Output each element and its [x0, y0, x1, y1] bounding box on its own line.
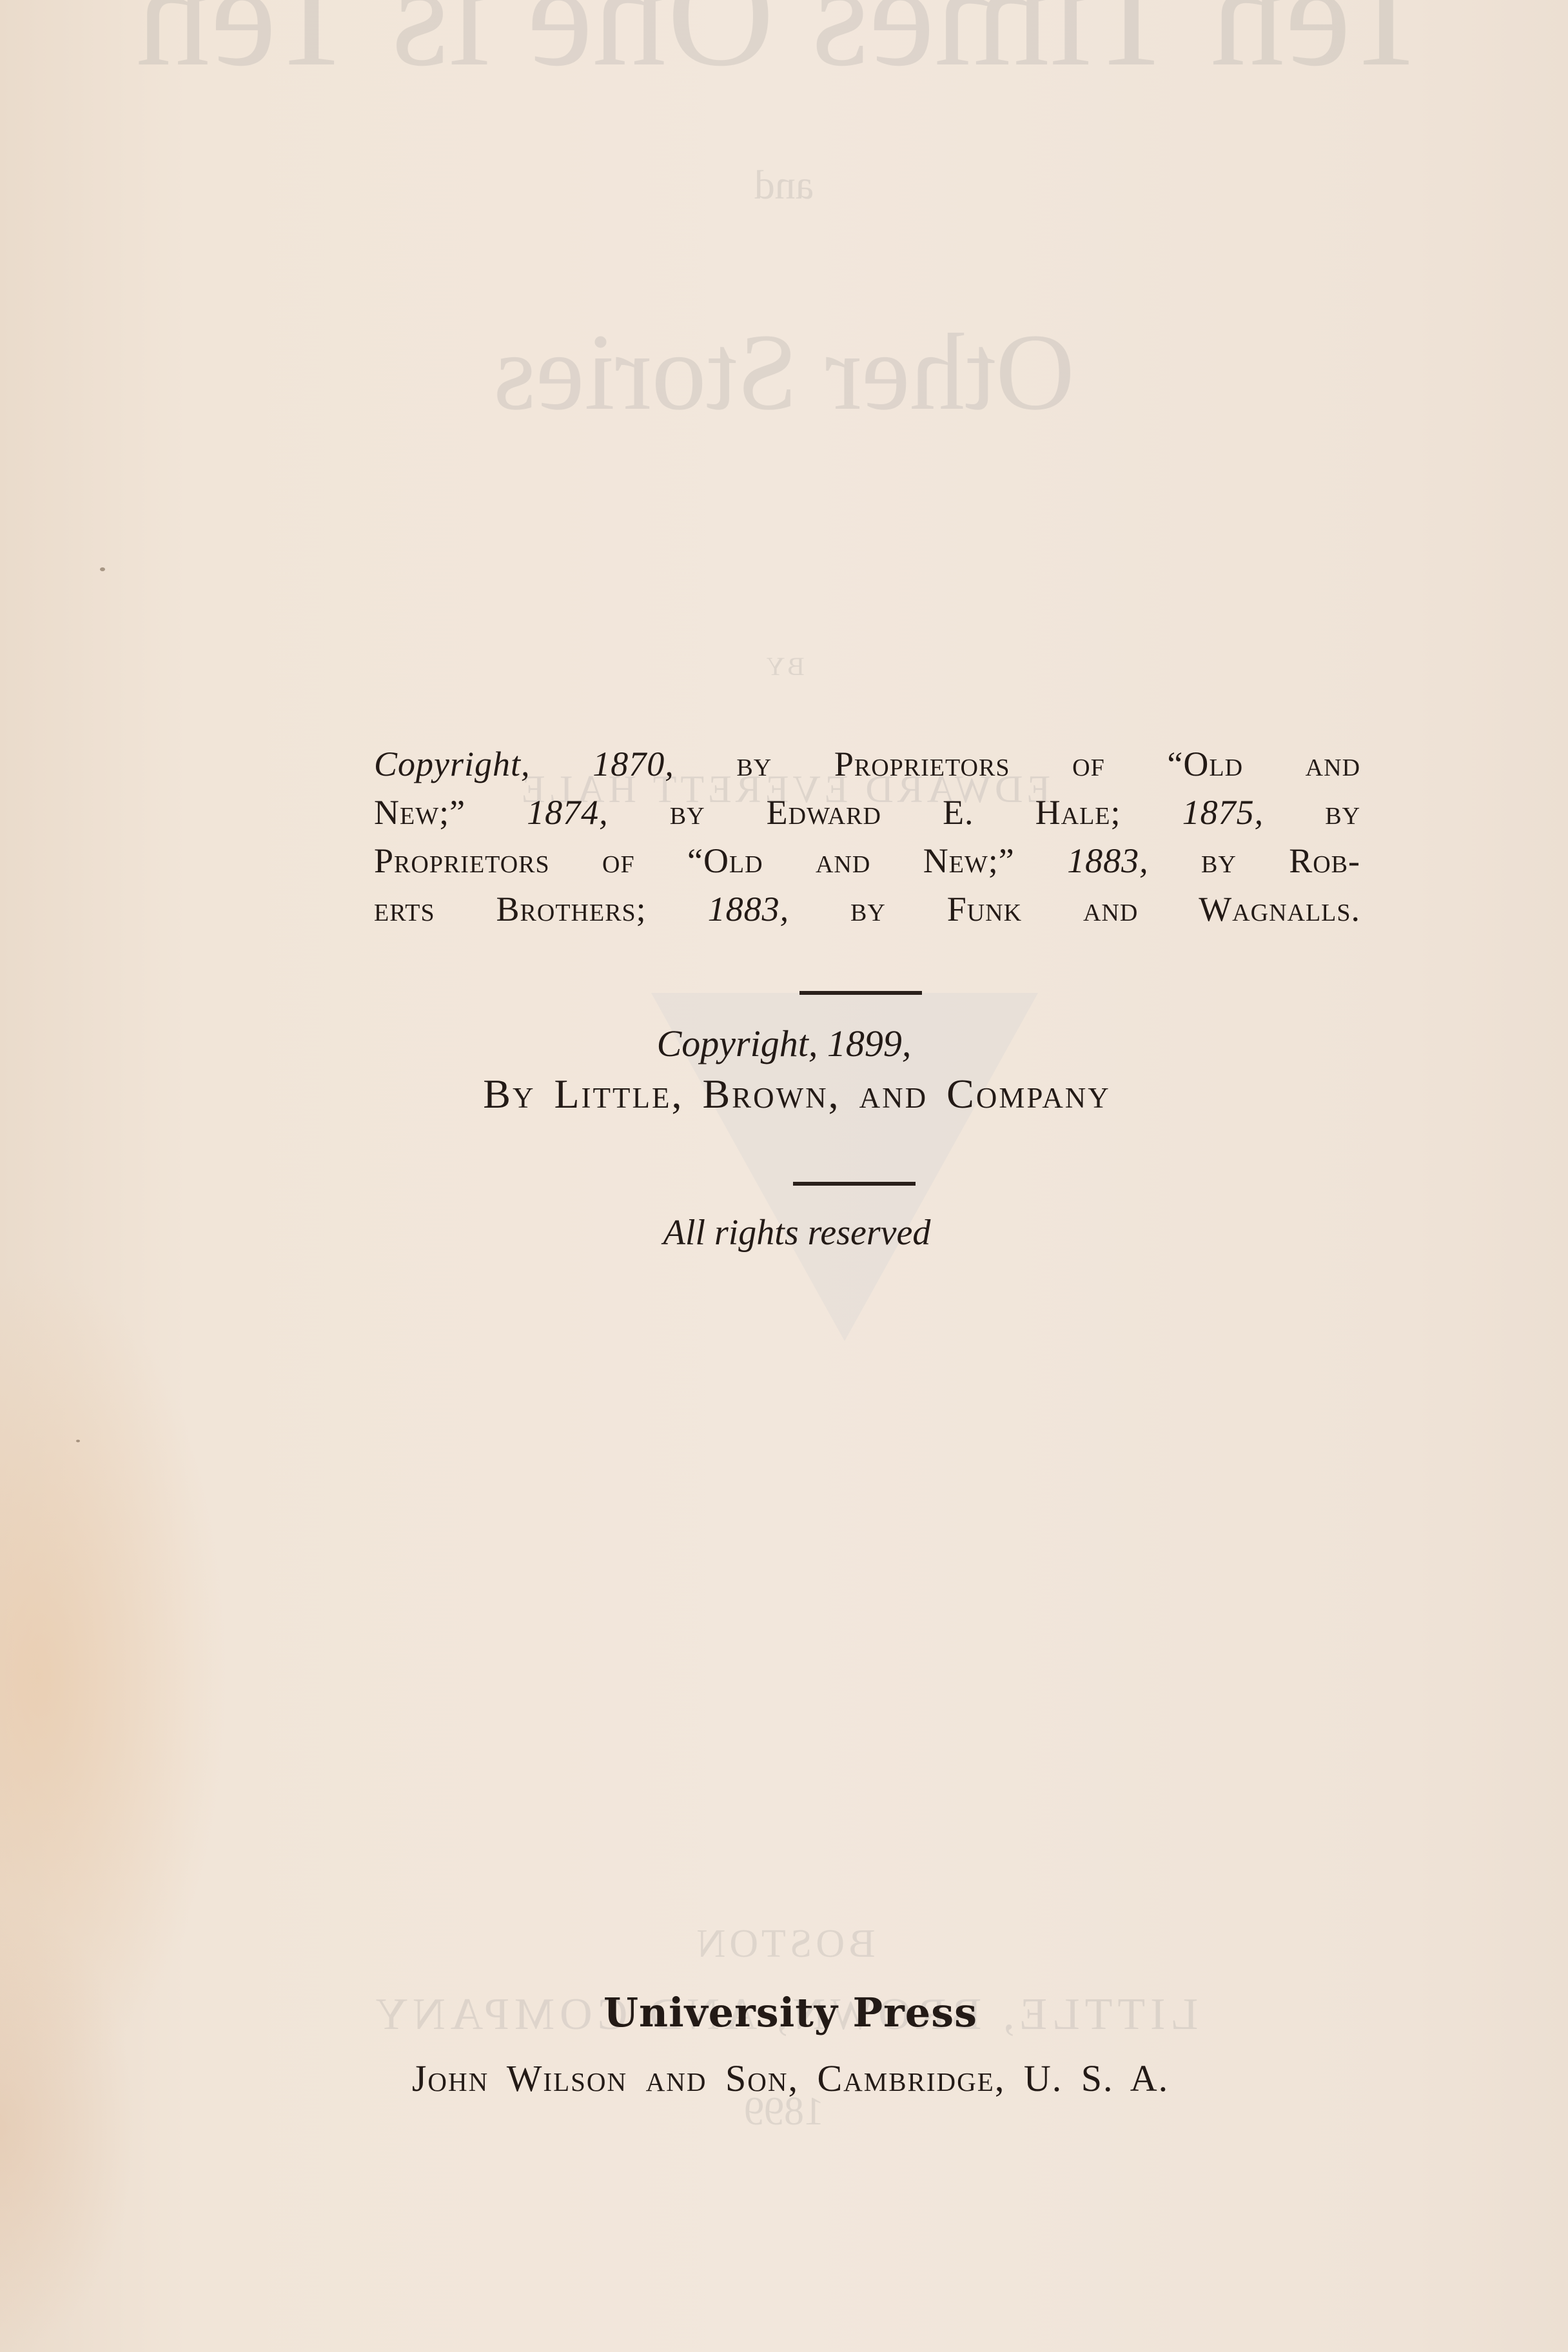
bleed-through-city: BOSTON	[0, 1921, 1568, 1967]
copyright-notice: Copyright, 1870, by Proprietors of “Old …	[374, 740, 1360, 934]
copyright-line-4: erts Brothers; 1883, by Funk and Wagnall…	[374, 885, 1360, 934]
printer-address: John Wilson and Son, Cambridge, U. S. A.	[6, 2057, 1568, 2100]
copyright-text: by Edward E. Hale;	[670, 793, 1121, 832]
bleed-through-title: Ten Times One is Ten	[0, 0, 1568, 100]
paper-speck	[100, 567, 105, 571]
rights-reserved: All rights reserved	[13, 1212, 1568, 1253]
copyright-line-1: Copyright, 1870, by Proprietors of “Old …	[374, 740, 1360, 789]
year: 1883,	[708, 890, 790, 928]
copyright-line-3: Proprietors of “Old and New;” 1883, by R…	[374, 837, 1360, 885]
bleed-through-and: and	[0, 161, 1568, 209]
copyright-text: by Rob-	[1201, 841, 1360, 880]
copyright-text: erts Brothers;	[374, 890, 647, 928]
year: 1875,	[1182, 793, 1264, 832]
paper-speck	[76, 1440, 80, 1442]
copyright-label: Copyright,	[374, 745, 531, 783]
bleed-through-by: BY	[0, 651, 1568, 681]
year: 1874,	[527, 793, 609, 832]
copyright-1899: Copyright, 1899,	[0, 1022, 1568, 1065]
publisher-line: By Little, Brown, and Company	[13, 1070, 1568, 1118]
bleed-through-subtitle: Other Stories	[0, 309, 1568, 435]
copyright-text: by Proprietors of “Old and	[736, 745, 1360, 783]
copyright-text: by	[1325, 793, 1360, 832]
divider-rule	[799, 991, 922, 995]
copyright-line-2: New;” 1874, by Edward E. Hale; 1875, by	[374, 789, 1360, 837]
copyright-text: by Funk and Wagnalls.	[850, 890, 1360, 928]
divider-rule	[793, 1182, 916, 1186]
copyright-text: New;”	[374, 793, 465, 832]
year: 1870,	[593, 745, 674, 783]
copyright-text: Proprietors of “Old and New;”	[374, 841, 1015, 880]
year: 1883,	[1067, 841, 1149, 880]
printer-press-name: University Press	[6, 1989, 1568, 2036]
